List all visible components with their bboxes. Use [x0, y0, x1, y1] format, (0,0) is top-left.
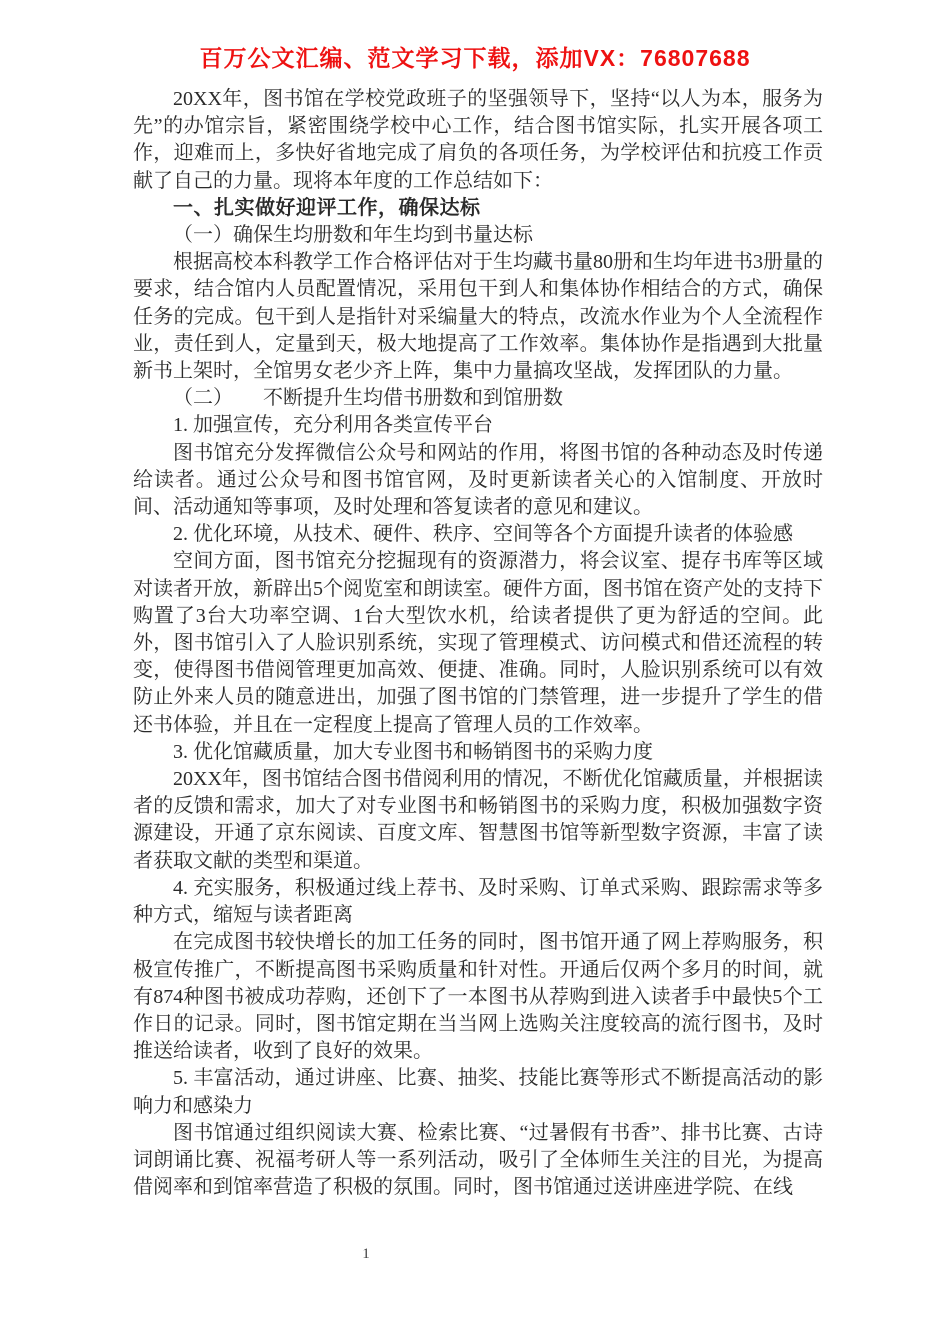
section-heading: 一、扎实做好迎评工作，确保达标 — [133, 195, 823, 222]
paragraph: 空间方面，图书馆充分挖掘现有的资源潜力，将会议室、提存书库等区域对读者开放，新辟… — [133, 548, 823, 738]
paragraph: 20XX年，图书馆在学校党政班子的坚强领导下，坚持“以人为本，服务为先”的办馆宗… — [133, 86, 823, 195]
paragraph: （二） 不断提升生均借书册数和到馆册数 — [133, 385, 823, 412]
document-body: 20XX年，图书馆在学校党政班子的坚强领导下，坚持“以人为本，服务为先”的办馆宗… — [133, 86, 823, 1201]
paragraph: 5. 丰富活动，通过讲座、比赛、抽奖、技能比赛等形式不断提高活动的影响力和感染力 — [133, 1065, 823, 1119]
paragraph: 4. 充实服务，积极通过线上荐书、及时采购、订单式采购、跟踪需求等多种方式，缩短… — [133, 875, 823, 929]
paragraph: 20XX年，图书馆结合图书借阅利用的情况，不断优化馆藏质量，并根据读者的反馈和需… — [133, 766, 823, 875]
paragraph: 3. 优化馆藏质量，加大专业图书和畅销图书的采购力度 — [133, 739, 823, 766]
paragraph: 根据高校本科教学工作合格评估对于生均藏书量80册和生均年进书3册量的要求，结合馆… — [133, 249, 823, 385]
paragraph: 2. 优化环境，从技术、硬件、秩序、空间等各个方面提升读者的体验感 — [133, 521, 823, 548]
header-ad-banner: 百万公文汇编、范文学习下载，添加VX：76807688 — [0, 40, 950, 73]
page-number: 1 — [356, 1246, 376, 1263]
paragraph: 图书馆通过组织阅读大赛、检索比赛、“过暑假有书香”、排书比赛、古诗词朗诵比赛、祝… — [133, 1120, 823, 1202]
paragraph: （一）确保生均册数和年生均到书量达标 — [133, 222, 823, 249]
paragraph: 在完成图书较快增长的加工任务的同时，图书馆开通了网上荐购服务，积极宣传推广，不断… — [133, 929, 823, 1065]
paragraph: 图书馆充分发挥微信公众号和网站的作用，将图书馆的各种动态及时传递给读者。通过公众… — [133, 440, 823, 522]
document-page: 百万公文汇编、范文学习下载，添加VX：76807688 20XX年，图书馆在学校… — [0, 0, 950, 1344]
paragraph: 1. 加强宣传，充分利用各类宣传平台 — [133, 412, 823, 439]
